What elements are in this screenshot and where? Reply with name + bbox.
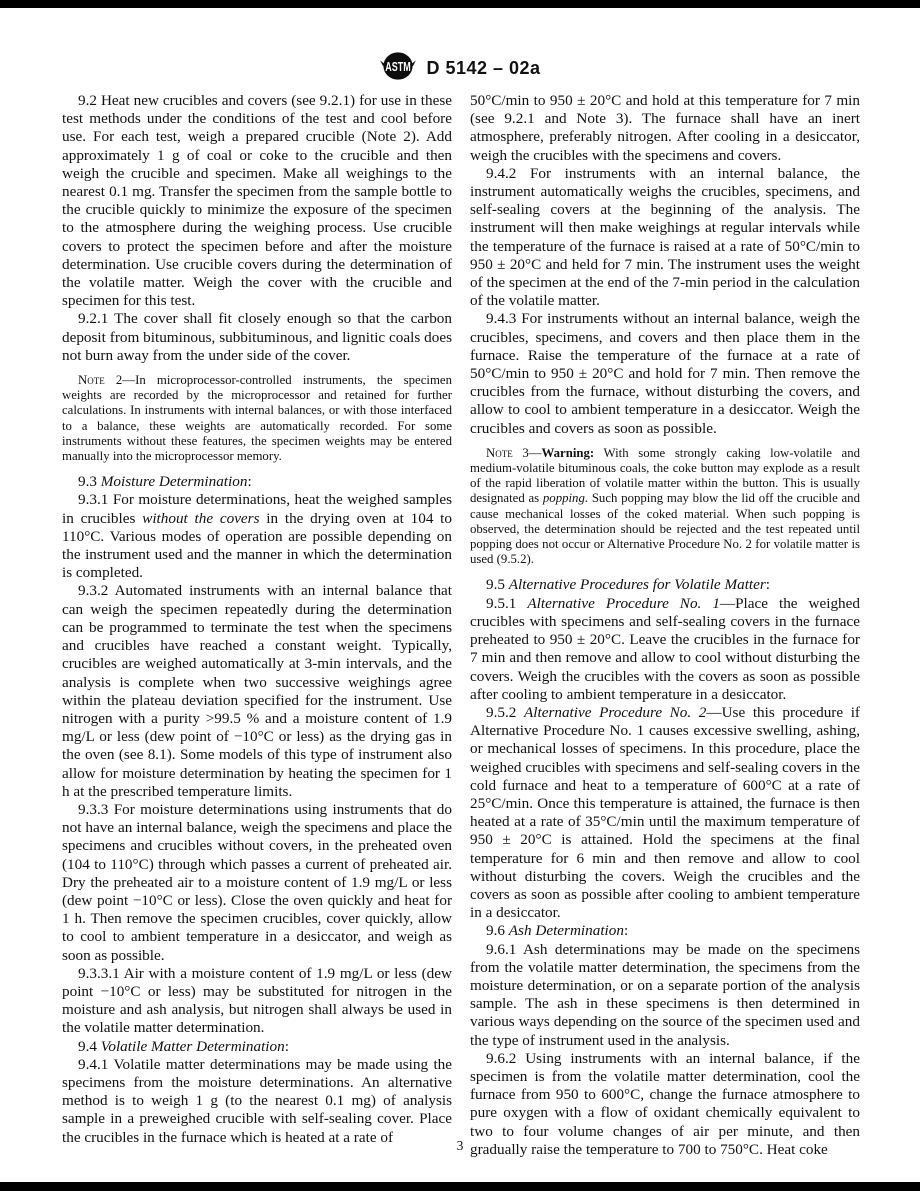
paragraph-9.4.1-cont: 50°C/min to 950 ± 20°C and hold at this … bbox=[470, 92, 860, 165]
paragraph-9.2.1: 9.2.1 The cover shall fit closely enough… bbox=[62, 310, 452, 365]
astm-logo-icon: ASTM bbox=[379, 50, 417, 87]
paragraph-9.5: 9.5 Alternative Procedures for Volatile … bbox=[470, 576, 860, 594]
page-header: ASTM D 5142 – 02a bbox=[0, 50, 920, 87]
paragraph-9.3.1: 9.3.1 For moisture determinations, heat … bbox=[62, 491, 452, 582]
document-body: 9.2 Heat new crucibles and covers (see 9… bbox=[62, 92, 860, 1159]
paragraph-9.3.3.1: 9.3.3.1 Air with a moisture content of 1… bbox=[62, 965, 452, 1038]
paragraph-9.5.2: 9.5.2 Alternative Procedure No. 2—Use th… bbox=[470, 704, 860, 922]
paragraph-note-3: Note 3—Warning: With some strongly cakin… bbox=[470, 446, 860, 568]
paragraph-note-2: Note 2—In microprocessor-controlled inst… bbox=[62, 373, 452, 464]
paragraph-9.6.1: 9.6.1 Ash determinations may be made on … bbox=[470, 941, 860, 1050]
page-edge-bottom bbox=[0, 1182, 920, 1191]
paragraph-9.3.3: 9.3.3 For moisture determinations using … bbox=[62, 801, 452, 965]
paragraph-9.5.1: 9.5.1 Alternative Procedure No. 1—Place … bbox=[470, 595, 860, 704]
column-left: 9.2 Heat new crucibles and covers (see 9… bbox=[62, 92, 452, 1159]
paragraph-9.4: 9.4 Volatile Matter Determination: bbox=[62, 1038, 452, 1056]
document-code: D 5142 – 02a bbox=[426, 58, 540, 79]
paragraph-9.6: 9.6 Ash Determination: bbox=[470, 922, 860, 940]
page-number: 3 bbox=[0, 1138, 920, 1154]
paragraph-9.2: 9.2 Heat new crucibles and covers (see 9… bbox=[62, 92, 452, 310]
paragraph-9.4.2: 9.4.2 For instruments with an internal b… bbox=[470, 165, 860, 311]
page-edge-top bbox=[0, 0, 920, 8]
paragraph-9.3.2: 9.3.2 Automated instruments with an inte… bbox=[62, 582, 452, 800]
paragraph-9.4.1: 9.4.1 Volatile matter determinations may… bbox=[62, 1056, 452, 1147]
astm-logo-text: ASTM bbox=[386, 59, 411, 74]
paragraph-9.3: 9.3 Moisture Determination: bbox=[62, 473, 452, 491]
paragraph-9.4.3: 9.4.3 For instruments without an interna… bbox=[470, 310, 860, 437]
column-right: 50°C/min to 950 ± 20°C and hold at this … bbox=[470, 92, 860, 1159]
